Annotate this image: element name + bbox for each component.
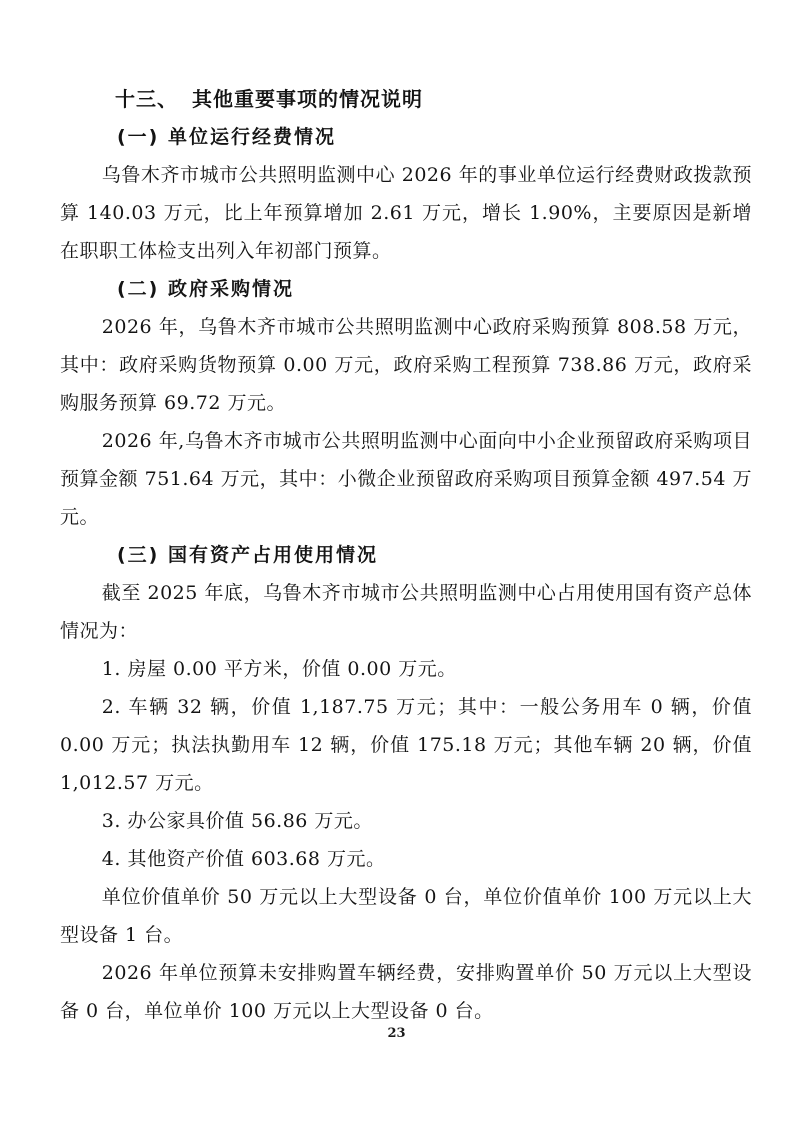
section-heading-title: 其他重要事项的情况说明 xyxy=(192,87,423,111)
paragraph-large-equipment: 单位价值单价 50 万元以上大型设备 0 台，单位价值单价 100 万元以上大型… xyxy=(60,878,752,954)
paragraph-planned-purchases: 2026 年单位预算未安排购置车辆经费，安排购置单价 50 万元以上大型设备 0… xyxy=(60,954,752,1030)
paragraph-operating-cost: 乌鲁木齐市城市公共照明监测中心 2026 年的事业单位运行经费财政拨款预算 14… xyxy=(60,156,752,270)
paragraph-procurement-budget: 2026 年，乌鲁木齐市城市公共照明监测中心政府采购预算 808.58 万元，其… xyxy=(60,308,752,422)
document-content: 十三、其他重要事项的情况说明 (一) 单位运行经费情况 乌鲁木齐市城市公共照明监… xyxy=(60,80,752,1030)
subsection-heading-state-assets: (三) 国有资产占用使用情况 xyxy=(60,536,752,574)
section-heading-number: 十三、 xyxy=(115,87,178,111)
section-heading: 十三、其他重要事项的情况说明 xyxy=(60,80,752,118)
page-number: 23 xyxy=(0,1024,793,1044)
subsection-heading-unit-operating-cost: (一) 单位运行经费情况 xyxy=(60,118,752,156)
paragraph-assets-furniture: 3. 办公家具价值 56.86 万元。 xyxy=(60,802,752,840)
paragraph-assets-intro: 截至 2025 年底，乌鲁木齐市城市公共照明监测中心占用使用国有资产总体情况为： xyxy=(60,574,752,650)
paragraph-assets-other: 4. 其他资产价值 603.68 万元。 xyxy=(60,840,752,878)
paragraph-assets-vehicles: 2. 车辆 32 辆，价值 1,187.75 万元；其中：一般公务用车 0 辆，… xyxy=(60,688,752,802)
paragraph-assets-housing: 1. 房屋 0.00 平方米，价值 0.00 万元。 xyxy=(60,650,752,688)
document-page: 十三、其他重要事项的情况说明 (一) 单位运行经费情况 乌鲁木齐市城市公共照明监… xyxy=(0,0,793,1122)
subsection-heading-government-procurement: (二) 政府采购情况 xyxy=(60,270,752,308)
paragraph-sme-reserved-procurement: 2026 年,乌鲁木齐市城市公共照明监测中心面向中小企业预留政府采购项目预算金额… xyxy=(60,422,752,536)
